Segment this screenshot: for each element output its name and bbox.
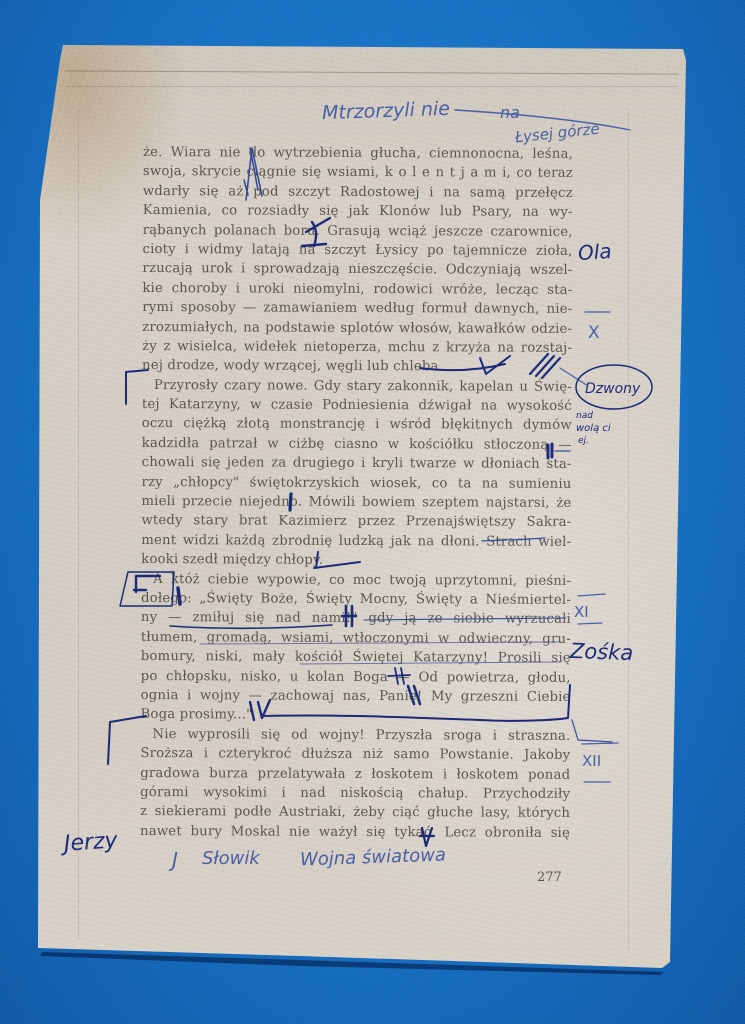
text-line: ży z wisielca, widełek nietoperza, mchu … — [142, 337, 572, 358]
text-line: rzucają urok i sprowadzają nieszczęście.… — [142, 259, 572, 280]
handwritten-left-name: Jerzy — [63, 828, 118, 857]
text-line: tłumem, gromadą, wsiami, wtłoczonymi w o… — [141, 628, 571, 649]
text-line: oczu ciężką złotą monstrancję i wśród bł… — [142, 414, 572, 435]
text-line: cioty i widmy latają na szczyt Łysicy po… — [142, 240, 572, 261]
text-line: wtedy stary brat Kazimierz przez Przenaj… — [141, 511, 571, 532]
text-line: z siekierami podłe Austriaki, żeby ciąć … — [140, 802, 570, 823]
text-line: kie choroby i uroki nieomylni, rodowici … — [142, 279, 572, 300]
text-line: gradowa burza przelatywała z łoskotem i … — [140, 763, 570, 784]
fold-crease-left — [78, 110, 79, 940]
text-line: A któż ciebie wypowie, co moc twoją uprz… — [141, 570, 571, 591]
text-line: kooki szedł między chłopy. — [141, 550, 571, 571]
text-line: tej Katarzyny, w czasie Podniesienia dźw… — [142, 395, 572, 416]
text-line: Kamienia, co rozsiadły się jak Klonów lu… — [143, 201, 573, 222]
page-number: 277 — [537, 870, 562, 885]
text-line: górami wysokimi i nad niskością chałup. … — [140, 783, 570, 804]
text-line: Sroższa i czterykroć dłuższa niż samo Po… — [140, 744, 570, 765]
text-line: bomury, niski, mały kościół Świętej Kata… — [141, 647, 571, 668]
handwritten-top-note: Mtrzorzyli nie — [322, 98, 451, 124]
text-line: kadzidła patrzał w ciżbę ciasno w kośció… — [142, 434, 572, 455]
text-line: mieli przecie niejedno. Mówili bowiem sz… — [141, 492, 571, 513]
text-line: ognia i wojny — zachowaj nas, Panie! My … — [141, 686, 571, 707]
text-line: ment widzi każdą zbrodnię ludzką jak na … — [141, 531, 571, 552]
text-line: ny — zmiłuj się nad nami!" gdy ją ze sie… — [141, 608, 571, 629]
text-line: swoja, skrycie ciągnie się wsiami, k o l… — [143, 162, 573, 183]
text-line: nawet bury Moskal nie ważył się tykać. L… — [140, 822, 570, 843]
handwritten-zoska: Zośka — [570, 639, 634, 665]
text-line: wdarły się aż pod szczyt Radostowej i na… — [143, 182, 573, 203]
text-line: rąbanych polanach boru. Grasują wciąż je… — [143, 221, 573, 242]
text-line: że. Wiara nie do wytrzebienia głucha, ci… — [143, 143, 573, 164]
fold-crease-right — [628, 110, 629, 950]
text-line: nej drodze, wody wrzącej, węgli lub chle… — [142, 356, 572, 377]
handwritten-small-note-3: ej. — [578, 436, 589, 446]
text-line: rzy „chłopcy" świętokrzyskich wiosek, co… — [141, 473, 571, 494]
text-line: dołego: „Święty Boże, Święty Mocny, Świę… — [141, 589, 571, 610]
handwritten-roman-xi: XI — [574, 603, 589, 621]
text-line: Przyrosły czary nowe. Gdy stary zakonnik… — [142, 376, 572, 397]
text-line: zrozumiałych, na podstawie splotów włosó… — [142, 318, 572, 339]
handwritten-dzwony: Dzwony — [585, 381, 640, 397]
handwritten-x-mark: X — [588, 323, 600, 343]
handwritten-bottom-name: Słowik — [202, 848, 260, 869]
handwritten-roman-xii: XII — [582, 752, 601, 770]
printed-text: że. Wiara nie do wytrzebienia głucha, ci… — [140, 143, 573, 843]
handwritten-top-note-na: na — [500, 103, 520, 122]
text-line: chowali się jeden za drugiego i kryli tw… — [142, 453, 572, 474]
text-line: Nie wyprosili się od wojny! Przyszła sro… — [140, 725, 570, 746]
text-line: Boga prosimy..." — [140, 705, 570, 726]
book-page: że. Wiara nie do wytrzebienia głucha, ci… — [0, 0, 745, 1024]
handwritten-bottom-j: J — [172, 848, 178, 872]
text-line: po chłopsku, nisko, u kolan Boga — Od po… — [141, 667, 571, 688]
fold-crease-top-2 — [66, 86, 678, 87]
text-line: rymi sposoby — zamawianiem według formuł… — [142, 298, 572, 319]
handwritten-ola: Ola — [577, 239, 612, 265]
handwritten-small-note-1: nad — [576, 411, 593, 421]
handwritten-small-note-2: wolą ci — [576, 423, 611, 434]
